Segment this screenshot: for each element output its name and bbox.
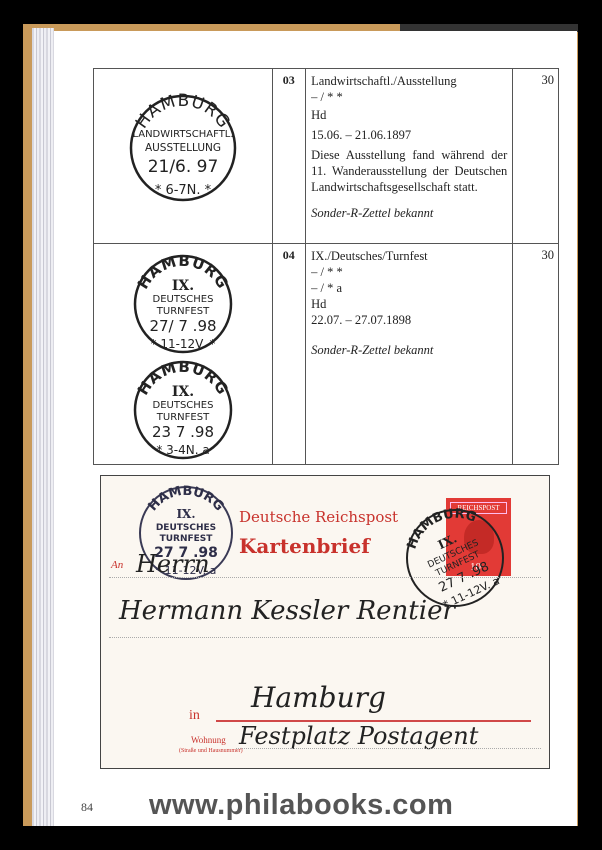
- handwriting-line-4: Festplatz Postagent: [239, 722, 478, 750]
- svg-text:AUSSTELLUNG: AUSSTELLUNG: [145, 142, 221, 154]
- entry-details: Landwirtschaftl./Ausstellung – / * * Hd …: [306, 69, 513, 244]
- entry-details: IX./Deutsches/Turnfest – / * * – / * a H…: [306, 244, 513, 465]
- an-label: An: [111, 559, 123, 571]
- address-line: [109, 637, 541, 638]
- svg-text:DEUTSCHES: DEUTSCHES: [152, 400, 213, 411]
- entry-remark: Sonder-R-Zettel bekannt: [311, 342, 507, 358]
- entry-description: Diese Ausstellung fand während der 11. W…: [311, 147, 507, 195]
- page-number: 84: [81, 800, 93, 815]
- kartenbrief-image: HAMBURG IX. DEUTSCHES TURNFEST 27 7 .98 …: [100, 475, 550, 769]
- postmark-image: HAMBURG LANDWIRTSCHAFTL. AUSSTELLUNG 21/…: [118, 81, 248, 211]
- entry-mark: – / * a: [311, 280, 507, 296]
- entry-mark: – / * *: [311, 264, 507, 280]
- address-line: [109, 577, 541, 578]
- entry-title: Landwirtschaftl./Ausstellung: [311, 73, 507, 89]
- wohnung-sublabel: (Straße und Hausnummer): [179, 748, 243, 754]
- svg-text:* 11-12V. *: * 11-12V. *: [150, 337, 215, 351]
- handwriting-line-2: Hermann Kessler Rentier: [119, 596, 455, 626]
- watermark-url: www.philabooks.com: [149, 789, 453, 822]
- svg-text:TURNFEST: TURNFEST: [160, 534, 214, 544]
- svg-text:DEUTSCHES: DEUTSCHES: [156, 523, 216, 533]
- svg-text:* 3-4N. a: * 3-4N. a: [156, 443, 209, 457]
- entry-value: 30: [513, 244, 559, 465]
- entry-mark: – / * *: [311, 89, 507, 105]
- svg-text:* 6-7N. *: * 6-7N. *: [155, 183, 212, 198]
- table-row: HAMBURG LANDWIRTSCHAFTL. AUSSTELLUNG 21/…: [94, 69, 559, 244]
- catalog-table: HAMBURG LANDWIRTSCHAFTL. AUSSTELLUNG 21/…: [93, 68, 559, 465]
- in-label: in: [189, 708, 200, 724]
- svg-text:DEUTSCHES: DEUTSCHES: [152, 294, 213, 305]
- page-edges: [32, 28, 54, 826]
- svg-text:IX.: IX.: [172, 384, 194, 400]
- entry-type: Hd: [311, 107, 507, 123]
- entry-number: 03: [272, 69, 306, 244]
- postmark-image: HAMBURG IX. DEUTSCHES TURNFEST 27/ 7 .98…: [123, 250, 243, 356]
- svg-text:IX.: IX.: [176, 507, 195, 521]
- postmark-cell: HAMBURG LANDWIRTSCHAFTL. AUSSTELLUNG 21/…: [94, 69, 273, 244]
- entry-dates: 15.06. – 21.06.1897: [311, 127, 507, 143]
- table-row: HAMBURG IX. DEUTSCHES TURNFEST 27/ 7 .98…: [94, 244, 559, 465]
- postmark-cell: HAMBURG IX. DEUTSCHES TURNFEST 27/ 7 .98…: [94, 244, 273, 465]
- card-title: Kartenbrief: [239, 534, 370, 558]
- svg-text:IX.: IX.: [172, 278, 194, 294]
- address-line: [236, 748, 541, 749]
- svg-text:21/6. 97: 21/6. 97: [147, 157, 218, 177]
- svg-text:23 7 .98: 23 7 .98: [152, 423, 214, 441]
- entry-number: 04: [272, 244, 306, 465]
- entry-value: 30: [513, 69, 559, 244]
- entry-dates: 22.07. – 27.07.1898: [311, 312, 507, 328]
- svg-text:TURNFEST: TURNFEST: [156, 306, 210, 317]
- svg-text:27/ 7 .98: 27/ 7 .98: [149, 317, 216, 335]
- entry-title: IX./Deutsches/Turnfest: [311, 248, 507, 264]
- entry-type: Hd: [311, 296, 507, 312]
- entry-remark: Sonder-R-Zettel bekannt: [311, 205, 507, 221]
- card-heading: Deutsche Reichspost: [239, 508, 398, 526]
- svg-text:LANDWIRTSCHAFTL.: LANDWIRTSCHAFTL.: [132, 129, 233, 140]
- svg-text:TURNFEST: TURNFEST: [156, 412, 210, 423]
- wohnung-label: Wohnung: [191, 735, 226, 745]
- handwriting-line-3: Hamburg: [251, 681, 386, 714]
- postmark-image: HAMBURG IX. DEUTSCHES TURNFEST 23 7 .98 …: [123, 356, 243, 462]
- handwriting-line-1: Herrn: [136, 550, 210, 578]
